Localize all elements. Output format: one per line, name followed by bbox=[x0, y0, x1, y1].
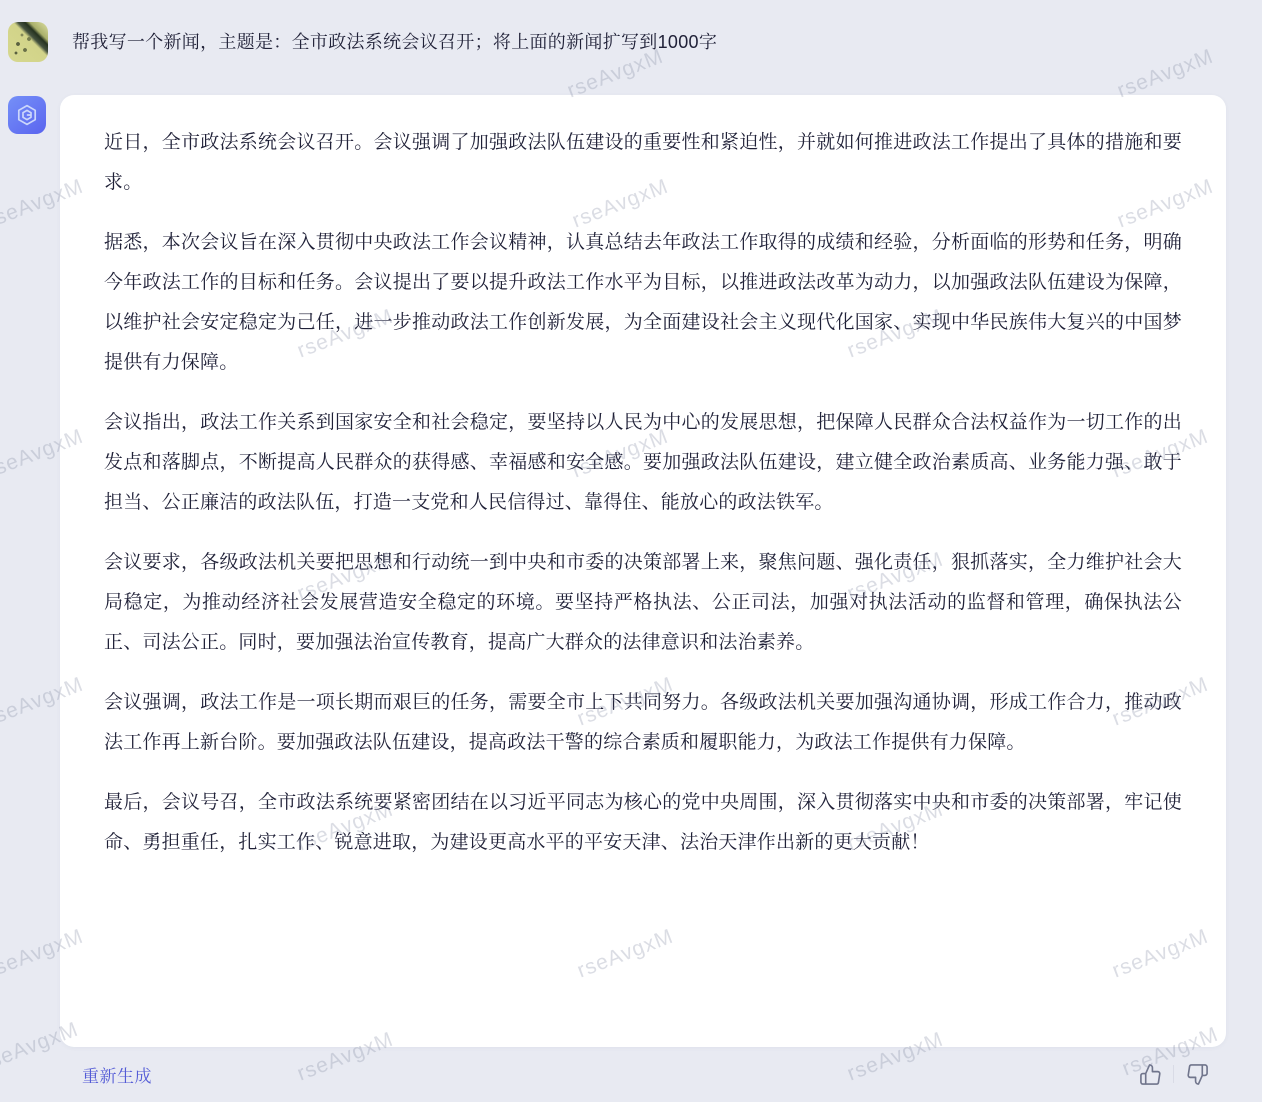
regenerate-button[interactable]: 重新生成 bbox=[82, 1062, 152, 1087]
user-message-row: 帮我写一个新闻，主题是：全市政法系统会议召开；将上面的新闻扩写到1000字 bbox=[8, 22, 717, 62]
assistant-paragraph: 近日，全市政法系统会议召开。会议强调了加强政法队伍建设的重要性和紧迫性，并就如何… bbox=[104, 123, 1182, 203]
assistant-message-card: 近日，全市政法系统会议召开。会议强调了加强政法队伍建设的重要性和紧迫性，并就如何… bbox=[60, 95, 1226, 1047]
user-message-text: 帮我写一个新闻，主题是：全市政法系统会议召开；将上面的新闻扩写到1000字 bbox=[72, 29, 717, 55]
assistant-paragraph: 会议指出，政法工作关系到国家安全和社会稳定，要坚持以人民为中心的发展思想，把保障… bbox=[104, 403, 1182, 523]
assistant-paragraphs: 近日，全市政法系统会议召开。会议强调了加强政法队伍建设的重要性和紧迫性，并就如何… bbox=[104, 123, 1182, 863]
assistant-paragraph: 据悉，本次会议旨在深入贯彻中央政法工作会议精神，认真总结去年政法工作取得的成绩和… bbox=[104, 223, 1182, 383]
assistant-avatar bbox=[8, 96, 46, 134]
assistant-paragraph: 会议要求，各级政法机关要把思想和行动统一到中央和市委的决策部署上来，聚焦问题、强… bbox=[104, 543, 1182, 663]
assistant-paragraph: 会议强调，政法工作是一项长期而艰巨的任务，需要全市上下共同努力。各级政法机关要加… bbox=[104, 683, 1182, 763]
cube-logo-icon bbox=[15, 103, 39, 127]
thumbs-down-button[interactable] bbox=[1174, 1058, 1220, 1090]
thumbs-down-icon bbox=[1186, 1063, 1209, 1086]
feedback-buttons bbox=[1127, 1058, 1220, 1090]
message-actions-row: 重新生成 bbox=[60, 1054, 1226, 1094]
thumbs-up-button[interactable] bbox=[1127, 1058, 1173, 1090]
user-avatar bbox=[8, 22, 48, 62]
assistant-paragraph: 最后，会议号召，全市政法系统要紧密团结在以习近平同志为核心的党中央周围，深入贯彻… bbox=[104, 783, 1182, 863]
thumbs-up-icon bbox=[1139, 1063, 1162, 1086]
